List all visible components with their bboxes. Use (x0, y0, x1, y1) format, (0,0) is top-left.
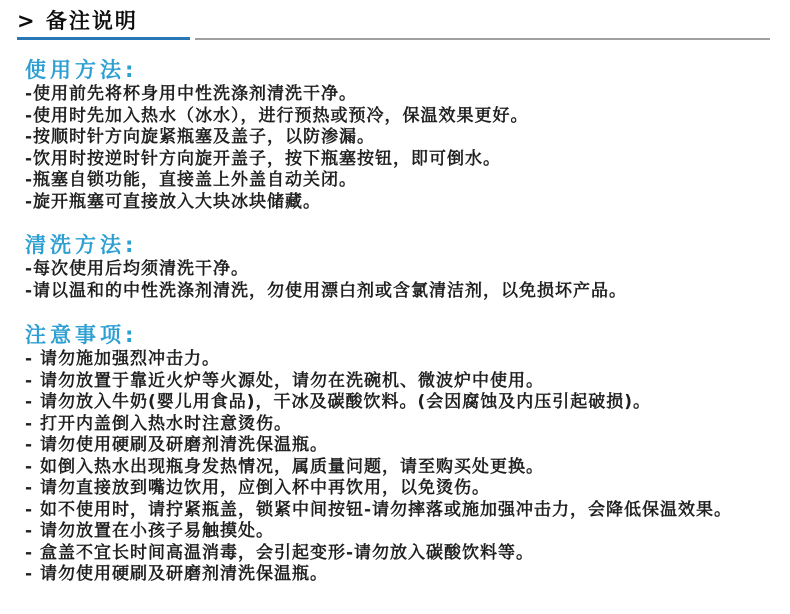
section-cleaning: 清洗方法: -每次使用后均须清洗干净。-请以温和的中性洗涤剂清洗，勿使用漂白剂或… (25, 233, 770, 302)
note-line: -每次使用后均须清洗干净。 (25, 259, 770, 281)
section-usage-items: -使用前先将杯身用中性洗涤剂清洗干净。-使用时先加入热水（冰水），进行预热或预冷… (25, 84, 770, 213)
note-line: - 请勿直接放到嘴边饮用，应倒入杯中再饮用，以免烫伤。 (25, 478, 770, 500)
remarks-page: > 备注说明 使用方法: -使用前先将杯身用中性洗涤剂清洗干净。-使用时先加入热… (0, 0, 790, 614)
note-line: - 请勿施加强烈冲击力。 (25, 349, 770, 371)
note-line: -请以温和的中性洗涤剂清洗，勿使用漂白剂或含氯清洁剂，以免损坏产品。 (25, 281, 770, 303)
section-precautions-heading: 注意事项: (25, 323, 770, 348)
note-line: - 如倒入热水出现瓶身发热情况，属质量问题，请至购买处更换。 (25, 457, 770, 479)
note-line: - 盒盖不宜长时间高温消毒，会引起变形-请勿放入碳酸饮料等。 (25, 543, 770, 565)
note-line: - 打开内盖倒入热水时注意烫伤。 (25, 414, 770, 436)
note-line: - 请勿放置于靠近火炉等火源处，请勿在洗碗机、微波炉中使用。 (25, 371, 770, 393)
note-line: - 请勿放入牛奶(婴儿用食品)，干冰及碳酸饮料。(会因腐蚀及内压引起破损)。 (25, 392, 770, 414)
title-divider-line (195, 38, 770, 40)
note-line: -按顺时针方向旋紧瓶塞及盖子，以防渗漏。 (25, 127, 770, 149)
section-usage: 使用方法: -使用前先将杯身用中性洗涤剂清洗干净。-使用时先加入热水（冰水），进… (25, 58, 770, 213)
title-accent-underline (17, 37, 190, 40)
section-precautions-items: - 请勿施加强烈冲击力。- 请勿放置于靠近火炉等火源处，请勿在洗碗机、微波炉中使… (25, 349, 770, 586)
note-line: -瓶塞自锁功能，直接盖上外盖自动关闭。 (25, 170, 770, 192)
section-precautions: 注意事项: - 请勿施加强烈冲击力。- 请勿放置于靠近火炉等火源处，请勿在洗碗机… (25, 323, 770, 586)
section-cleaning-items: -每次使用后均须清洗干净。-请以温和的中性洗涤剂清洗，勿使用漂白剂或含氯清洁剂，… (25, 259, 770, 302)
title-rule (17, 37, 770, 40)
section-usage-heading: 使用方法: (25, 58, 770, 83)
note-line: - 请勿使用硬刷及研磨剂清洗保温瓶。 (25, 564, 770, 586)
notes-content: 使用方法: -使用前先将杯身用中性洗涤剂清洗干净。-使用时先加入热水（冰水），进… (17, 58, 770, 586)
note-line: -饮用时按逆时针方向旋开盖子，按下瓶塞按钮，即可倒水。 (25, 149, 770, 171)
section-cleaning-heading: 清洗方法: (25, 233, 770, 258)
note-line: - 请勿使用硬刷及研磨剂清洗保温瓶。 (25, 435, 770, 457)
note-line: -使用前先将杯身用中性洗涤剂清洗干净。 (25, 84, 770, 106)
note-line: -旋开瓶塞可直接放入大块冰块储藏。 (25, 192, 770, 214)
note-line: - 如不使用时，请拧紧瓶盖，锁紧中间按钮-请勿摔落或施加强冲击力，会降低保温效果… (25, 500, 770, 522)
note-line: - 请勿放置在小孩子易触摸处。 (25, 521, 770, 543)
page-title: > 备注说明 (17, 8, 770, 34)
note-line: -使用时先加入热水（冰水），进行预热或预冷，保温效果更好。 (25, 106, 770, 128)
